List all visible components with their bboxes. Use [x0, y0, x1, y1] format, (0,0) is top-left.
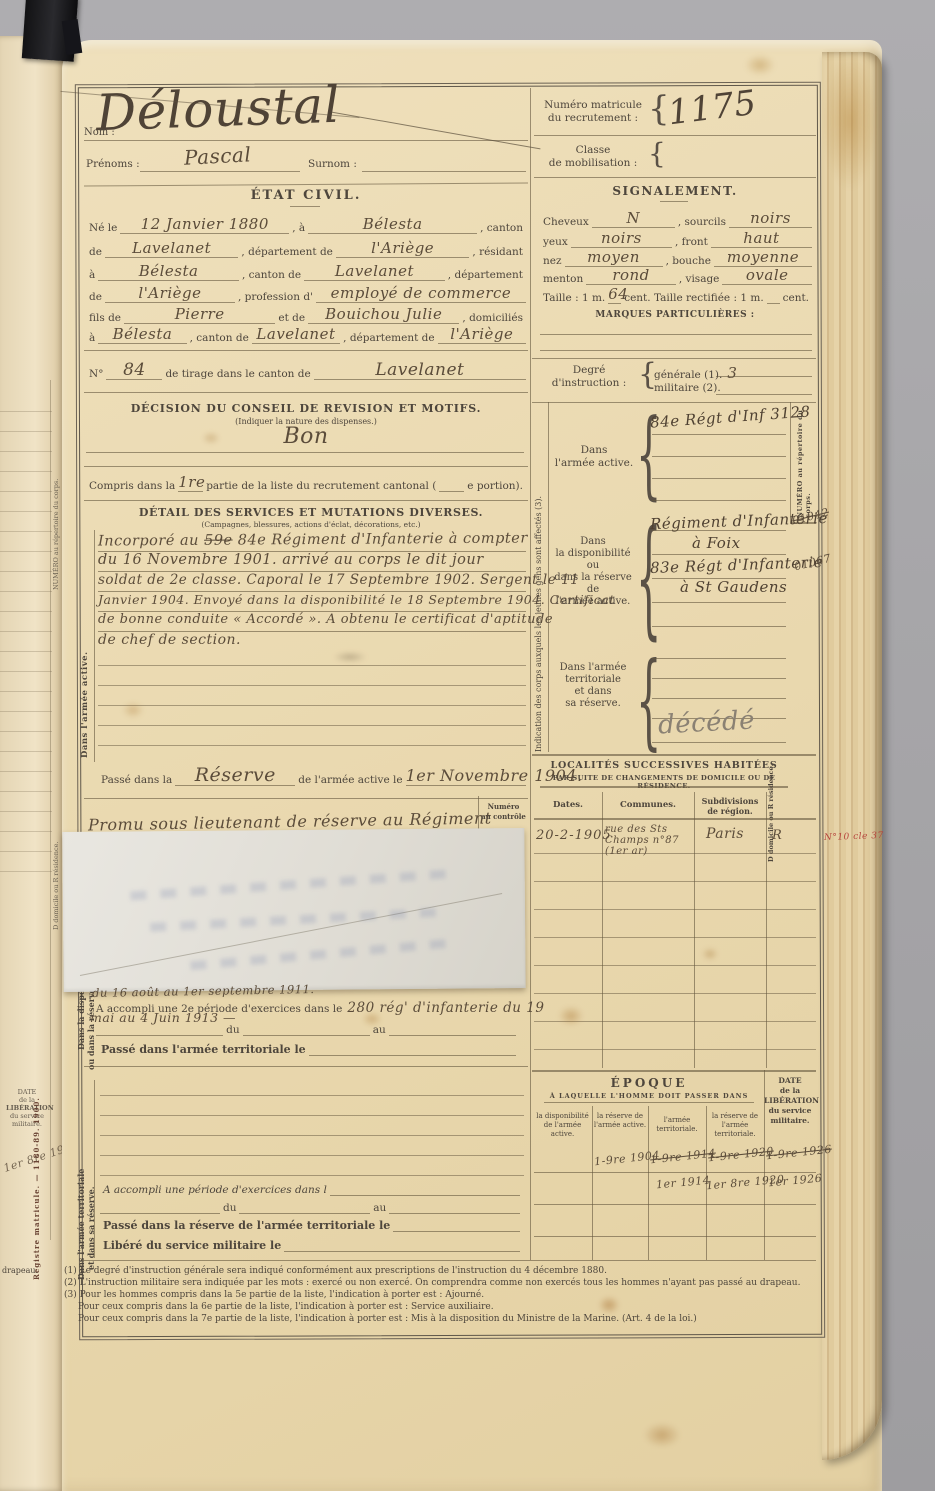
corps-terr-brace: {: [636, 650, 661, 754]
matricule-label: Numéro matriculedu recrutement :: [538, 99, 648, 125]
corps-terr-label: Dans l'arméeterritorialeet danssa réserv…: [550, 662, 636, 710]
terr-libere-line: Libéré du service militaire le: [100, 1234, 520, 1252]
tirage-close-rule: [84, 392, 528, 393]
surnom-label: Surnom :: [308, 158, 357, 170]
name-underline: [84, 140, 528, 141]
etat-civil-line-3: àBélesta , canton deLavelanet , départem…: [86, 259, 526, 281]
matricule-rule: [534, 135, 816, 136]
epoque-title: ÉPOQUE: [534, 1076, 764, 1090]
footnotes-top-rule: [82, 1260, 816, 1261]
decision-line-2: [84, 466, 528, 467]
epoque-date-lib-header: DATEde la LIBÉRATIONdu servicemilitaire.: [764, 1076, 816, 1126]
corps-active-label: Dansl'armée active.: [552, 444, 636, 470]
corps-terr-line-2: [652, 678, 786, 679]
taille-row: Taille : 1 m.64 cent. Taille rectifiée :…: [540, 284, 812, 304]
corps-dispo-value-4: à St Gaudens: [680, 578, 787, 596]
previous-page-dr-label: D domicile ou R résidence.: [52, 780, 60, 930]
prenoms-label: Prénoms :: [86, 158, 140, 170]
surnom-line: [362, 171, 526, 172]
corps-margin-left-label: Indication des corps auxquels les jeunes…: [534, 408, 543, 752]
signalement-row-1: CheveuxN , sourcilsnoirs: [540, 208, 812, 228]
localites-row-dr: R: [772, 828, 782, 843]
terr-passe-line: Passé dans la réserve de l'armée territo…: [100, 1214, 520, 1232]
etat-civil-title: ÉTAT CIVIL.: [86, 188, 526, 203]
epoque-swash: [544, 1102, 754, 1103]
name-value: Déloustal: [95, 76, 341, 142]
terr-du-au: du au: [100, 1196, 520, 1214]
classe-brace: {: [648, 140, 666, 168]
stain: [330, 650, 370, 664]
classe-rule: [534, 177, 816, 178]
localites-row-lines: [534, 826, 816, 1066]
services-blank-lines: [98, 646, 526, 746]
decision-value: Bon: [86, 424, 526, 449]
marques-label: MARQUES PARTICULIÈRES :: [534, 310, 816, 320]
services-line-1: Incorporé au 59e 84e Régiment d'Infanter…: [98, 531, 528, 550]
corps-dispo-line-5: [652, 626, 786, 627]
services-line-2: du 16 Novembre 1901. arrivé au corps le …: [98, 552, 484, 568]
instruction-close-rule: [532, 402, 816, 403]
corps-terr-line-3: [652, 698, 786, 699]
previous-page-date-lib: DATEde la LIBÉRATIONdu service militaire…: [6, 1088, 48, 1128]
epoque-col-2: la réserve de l'armée active.: [593, 1112, 647, 1130]
etat-civil-line-2: deLavelanet , département del'Ariège , r…: [86, 236, 526, 258]
corps-dispo-line-4: [652, 602, 786, 603]
localites-header-swash: [540, 786, 788, 788]
epoque-top-rule: [532, 1070, 816, 1072]
localites-row-date: 20-2-1905: [536, 828, 612, 843]
footnote-2: (2) L'instruction militaire sera indiqué…: [64, 1278, 812, 1288]
terr-periode-line: A accompli une période d'exercices dans …: [100, 1178, 520, 1196]
localites-row-commune: rue des Sts Champs n°87 (1er ar): [605, 824, 693, 857]
epoque-subtitle: À LAQUELLE L'HOMME DOIT PASSER DANS: [534, 1092, 764, 1100]
corps-active-line-3: [652, 478, 786, 479]
stain: [640, 1420, 684, 1450]
services-subtitle: (Campagnes, blessures, actions d'éclat, …: [96, 520, 526, 529]
footnote-1: (1) Le degré d'instruction générale sera…: [64, 1266, 812, 1276]
epoque-colrule-date: [764, 1070, 765, 1260]
terr-margin-rule: [94, 1080, 95, 1258]
red-margin-note: N°10 cle 37: [824, 831, 884, 843]
localites-col-subdiv: Subdivisionsde région.: [694, 796, 766, 816]
corps-close-rule: [532, 754, 816, 756]
previous-page-drapeau: drapeau.: [2, 1266, 38, 1275]
corps-terr-line-1: [652, 658, 786, 659]
nom-label: Nom :: [84, 127, 115, 138]
stain: [742, 52, 778, 78]
services-margin-rule: [94, 530, 95, 762]
epoque-col-4: la réserve de l'armée territoriale.: [707, 1112, 763, 1139]
prenoms-value: Pascal: [183, 142, 251, 169]
etat-civil-line-6: àBélesta , canton deLavelanet , départem…: [86, 322, 526, 344]
epoque-row-rule-2: [534, 1204, 816, 1205]
corps-dispo-line-1: [652, 530, 786, 531]
etat-civil-title-dash: [290, 206, 320, 207]
stain: [200, 430, 222, 446]
decision-title: DÉCISION DU CONSEIL DE REVISION ET MOTIF…: [86, 402, 526, 415]
footnote-3: (3) Pour les hommes compris dans la 5e p…: [64, 1290, 812, 1300]
corps-terr-line-5: [652, 742, 786, 743]
column-divider: [530, 88, 531, 1260]
corps-margin-left-rule: [548, 402, 549, 752]
bookmark-strap-tip: [62, 19, 83, 55]
folded-paper-overlay: [62, 828, 525, 992]
corps-dispo-brace: {: [636, 516, 661, 644]
instruction-militaire-row: militaire (2).: [654, 382, 721, 394]
passe-territoriale-line: Passé dans l'armée territoriale le: [98, 1038, 516, 1056]
scanned-register-page: NUMÉRO au répertoire du corps. D domicil…: [0, 0, 935, 1491]
page-stack-edge: [822, 52, 882, 1460]
corps-active-line-2: [652, 456, 786, 457]
etat-civil-close-rule: [84, 350, 528, 351]
services-line-5: de bonne conduite « Accordé ». A obtenu …: [98, 612, 553, 627]
localites-title: LOCALITÉS SUCCESSIVES HABITÉES: [534, 760, 794, 771]
corps-active-line-4: [652, 500, 786, 501]
signalement-row-4: mentonrond , visageovale: [540, 265, 812, 285]
stain: [360, 1010, 384, 1028]
localites-col-communes: Communes.: [602, 800, 694, 810]
previous-page-numero-label: NUMÉRO au répertoire du corps.: [52, 420, 60, 590]
compris-line: Compris dans la1re partie de la liste du…: [86, 470, 526, 492]
periode2-du-au: du au: [96, 1018, 516, 1036]
marques-line-2: [540, 350, 812, 351]
stain: [120, 700, 146, 720]
signalement-row-2: yeuxnoirs , fronthaut: [540, 228, 812, 248]
localites-col-dates: Dates.: [534, 800, 602, 810]
classe-label: Classede mobilisation :: [538, 144, 648, 170]
etat-civil-line-5: fils dePierre et deBouichou Julie , domi…: [86, 302, 526, 324]
services-margin-label: Dans l'armée active.: [80, 548, 90, 758]
instruction-generale-line: [716, 376, 812, 377]
stain: [596, 1294, 622, 1316]
passe-reserve-line: Passé dans laRéserve de l'armée active l…: [98, 760, 526, 786]
services-title: DÉTAIL DES SERVICES ET MUTATIONS DIVERSE…: [96, 506, 526, 519]
localites-row-subdiv: Paris: [706, 826, 744, 842]
spine-text: Registre matricule. — 1180-89. 1900.: [32, 1040, 41, 1280]
section-sep-rule: [84, 1066, 528, 1067]
signalement-dash: [660, 201, 688, 202]
stain: [820, 46, 880, 196]
instruction-generale-row: générale (1). 3: [654, 363, 737, 382]
etat-civil-line-1: Né le12 Janvier 1880 , àBélesta , canton: [86, 212, 526, 234]
signalement-row-3: nezmoyen , bouchemoyenne: [540, 247, 812, 267]
passe-reserve-close: [84, 798, 528, 799]
corps-numero-label: NUMÉRO au répertoire du corps.: [796, 408, 812, 518]
instruction-militaire-line: [716, 394, 812, 395]
marques-line-1: [540, 334, 812, 335]
signalement-close-rule: [532, 358, 816, 359]
previous-page-table-lines: [0, 392, 52, 872]
corps-terr-value: décédé: [657, 705, 755, 740]
footnote-5: Pour ceux compris dans la 7e partie de l…: [78, 1314, 812, 1324]
corps-dispo-label: Dansla disponibilitéou dans la réservede…: [550, 536, 636, 608]
terr-margin-label-1: Dans l'armée territoriale: [76, 1090, 86, 1280]
etat-civil-line-4: del'Ariège , profession d'employé de com…: [86, 281, 526, 303]
corps-active-line-1: [652, 434, 786, 435]
tirage-line: N°84 de tirage dans le canton deLavelane…: [86, 356, 526, 380]
localites-header-underline: [534, 818, 816, 820]
instruction-label: Degréd'instruction :: [544, 364, 634, 390]
epoque-col-1: la disponibilité de l'armée active.: [535, 1112, 590, 1139]
stain: [556, 1004, 586, 1028]
epoque-row-rule-3: [534, 1236, 816, 1237]
corps-dispo-line-3: [652, 578, 786, 579]
signalement-title: SIGNALEMENT.: [534, 184, 816, 198]
terr-blank-lines: [100, 1076, 524, 1176]
decision-line-1: [86, 452, 524, 453]
corps-dispo-line-2: [652, 554, 786, 555]
services-line-3: soldat de 2e classe. Caporal le 17 Septe…: [98, 572, 579, 588]
prenoms-line: [140, 171, 300, 172]
compris-close-rule: [84, 500, 528, 501]
corps-dispo-value-2: à Foix: [692, 534, 741, 552]
footnote-4: Pour ceux compris dans la 6e partie de l…: [78, 1302, 812, 1312]
stain: [700, 946, 720, 962]
epoque-col-3: l'armée territoriale.: [649, 1116, 705, 1134]
